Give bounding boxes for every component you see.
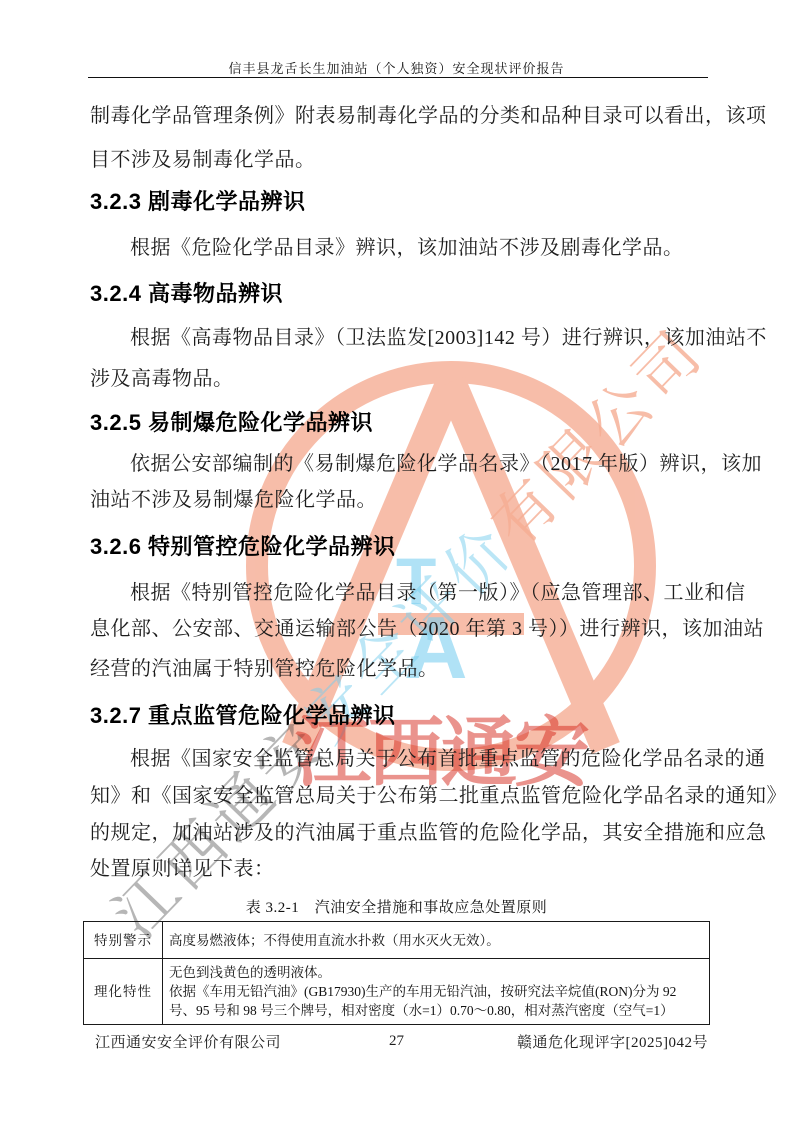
section-heading-3-2-6: 3.2.6 特别管控危险化学品辨识 <box>90 534 396 560</box>
body-line: 制毒化学品管理条例》附表易制毒化学品的分类和品种目录可以看出，该项 <box>90 104 767 128</box>
table-row: 特别警示 高度易燃液体；不得使用直流水扑救（用水灭火无效）。 <box>84 922 710 959</box>
body-line: 根据《危险化学品目录》辨识，该加油站不涉及剧毒化学品。 <box>130 236 684 260</box>
body-line: 知》和《国家安全监管总局关于公布第二批重点监管危险化学品名录的通知》 <box>90 784 787 808</box>
section-heading-3-2-7: 3.2.7 重点监管危险化学品辨识 <box>90 703 396 729</box>
table-cell: 高度易燃液体；不得使用直流水扑救（用水灭火无效）。 <box>163 922 710 959</box>
body-line: 处置原则详见下表： <box>90 857 275 881</box>
body-line: 涉及高毒物品。 <box>90 367 234 391</box>
section-heading-3-2-5: 3.2.5 易制爆危险化学品辨识 <box>90 410 373 436</box>
table-cell-line: 高度易燃液体；不得使用直流水扑救（用水灭火无效）。 <box>169 931 703 950</box>
page-header-title: 信丰县龙舌长生加油站（个人独资）安全现状评价报告 <box>0 58 793 77</box>
body-line: 的规定，加油站涉及的汽油属于重点监管的危险化学品，其安全措施和应急 <box>90 821 767 845</box>
body-line: 息化部、公安部、交通运输部公告（2020 年第 3 号））进行辨识，该加油站 <box>90 617 764 641</box>
report-page: T A 江西通安安全评价有限公司 江西通安 信丰县龙舌长生加油站（个人独资）安全… <box>0 0 793 1122</box>
table-row-label: 特别警示 <box>84 922 163 959</box>
gasoline-safety-table: 特别警示 高度易燃液体；不得使用直流水扑救（用水灭火无效）。 理化特性 无色到浅… <box>83 921 710 1025</box>
table-cell-line: 号、95 号和 98 号三个牌号，相对密度（水=1）0.70～0.80，相对蒸汽… <box>169 1001 703 1020</box>
table-caption: 表 3.2-1 汽油安全措施和事故应急处置原则 <box>0 896 793 917</box>
document-content: 信丰县龙舌长生加油站（个人独资）安全现状评价报告 制毒化学品管理条例》附表易制毒… <box>0 0 793 1122</box>
body-line: 根据《高毒物品目录》（卫法监发[2003]142 号）进行辨识，该加油站不 <box>130 326 767 350</box>
table-cell: 无色到浅黄色的透明液体。 依据《车用无铅汽油》(GB17930)生产的车用无铅汽… <box>163 959 710 1025</box>
section-heading-3-2-4: 3.2.4 高毒物品辨识 <box>90 281 283 307</box>
section-heading-3-2-3: 3.2.3 剧毒化学品辨识 <box>90 189 306 215</box>
footer-doc-number: 赣通危化现评字[2025]042号 <box>517 1031 708 1052</box>
header-rule <box>88 77 708 78</box>
body-line: 根据《国家安全监管总局关于公布首批重点监管的危险化学品名录的通 <box>130 747 766 771</box>
table-cell-line: 无色到浅黄色的透明液体。 <box>169 963 703 982</box>
table-row-label: 理化特性 <box>84 959 163 1025</box>
table-cell-line: 依据《车用无铅汽油》(GB17930)生产的车用无铅汽油，按研究法辛烷值(RON… <box>169 982 703 1001</box>
body-line: 经营的汽油属于特别管控危险化学品。 <box>90 657 439 681</box>
table-row: 理化特性 无色到浅黄色的透明液体。 依据《车用无铅汽油》(GB17930)生产的… <box>84 959 710 1025</box>
body-line: 目不涉及易制毒化学品。 <box>90 148 316 172</box>
body-line: 依据公安部编制的《易制爆危险化学品名录》（2017 年版）辨识，该加 <box>130 452 762 476</box>
body-line: 根据《特别管控危险化学品目录（第一版）》（应急管理部、工业和信 <box>130 581 746 605</box>
body-line: 油站不涉及易制爆危险化学品。 <box>90 488 377 512</box>
